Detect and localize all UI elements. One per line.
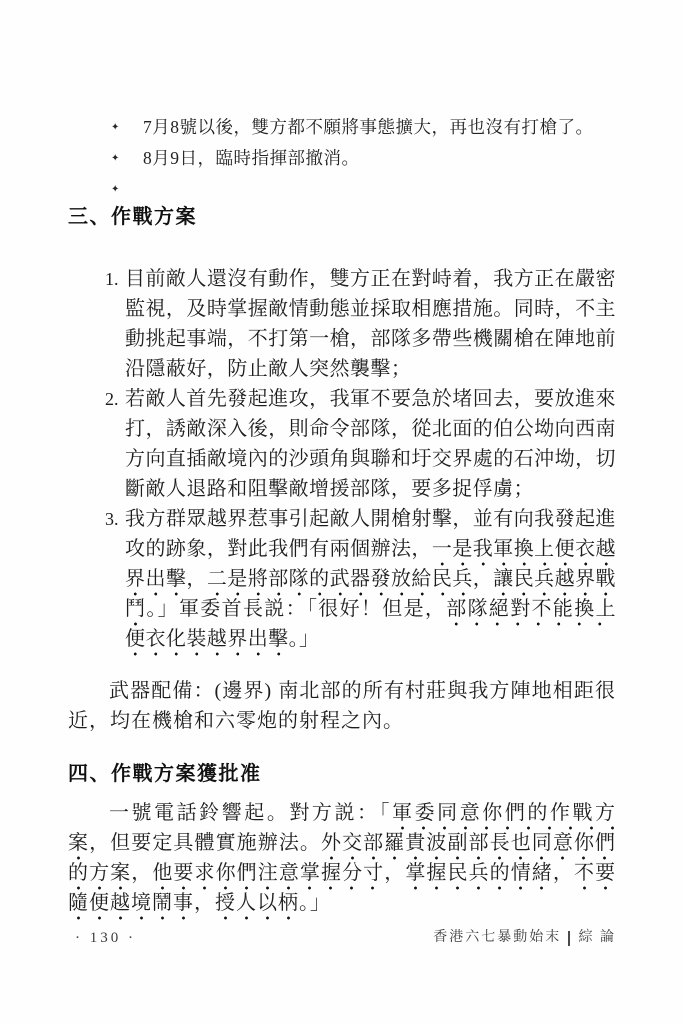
- plan-item-text: 我方群眾越界惹事引起敵人開槍射擊，並有向我發起進攻的跡象，對此我們有兩個辦法，一…: [125, 504, 616, 654]
- operation-plan-list: 1. 目前敵人還沒有動作，雙方正在對峙着，我方正在嚴密監視，及時掌握敵情動態並採…: [68, 264, 616, 654]
- diamond-bullet-icon: ✦: [108, 174, 143, 205]
- page-number: · 130 ·: [75, 929, 136, 947]
- plan-item-text: 目前敵人還沒有動作，雙方正在對峙着，我方正在嚴密監視，及時掌握敵情動態並採取相應…: [125, 264, 616, 384]
- bullet-item: ✦ 8月9日，臨時指揮部撤消。: [68, 143, 616, 174]
- emphasized-text-run: 二是將部隊的武器發放給民兵: [207, 568, 473, 597]
- text-run: ，: [473, 568, 493, 590]
- text-run: ，但要定具體實施辦法。: [89, 832, 321, 854]
- text-run: 。」軍委首長説：「很好！但是，: [146, 598, 446, 620]
- bullet-text: 8月9日，臨時指揮部撤消。: [143, 143, 616, 174]
- item-number: 2.: [105, 384, 119, 414]
- approval-paragraph: 一號電話鈴響起。對方説：「軍委同意你們的作戰方案，但要定具體實施辦法。外交部羅貴…: [68, 798, 616, 918]
- book-title: 香港六七暴動始末: [433, 929, 561, 947]
- bullet-item: ✦: [68, 174, 616, 205]
- page-content: ✦ 7月8號以後，雙方都不願將事態擴大，再也沒有打槍了。 ✦ 8月9日，臨時指揮…: [68, 0, 616, 918]
- text-run: ，: [131, 862, 152, 884]
- chapter-title: 綜 論: [579, 929, 617, 947]
- running-title: 香港六七暴動始末 綜 論: [433, 929, 616, 947]
- bullet-text: 7月8號以後，雙方都不願將事態擴大，再也沒有打槍了。: [143, 112, 616, 143]
- text-run: ，: [384, 862, 405, 884]
- weapons-note-paragraph: 武器配備：(邊界) 南北部的所有村莊與我方陣地相距很近，均在機槍和六零炮的射程之…: [68, 676, 616, 736]
- item-number: 3.: [105, 504, 119, 534]
- diamond-bullet-icon: ✦: [108, 112, 143, 143]
- section-heading-operation-plan: 三、作戰方案: [68, 206, 616, 228]
- text-run: 目前敵人還沒有動作，雙方正在對峙着，我方正在嚴密監視，及時掌握敵情動態並採取相應…: [125, 268, 616, 380]
- plan-item-2: 2. 若敵人首先發起進攻，我軍不要急於堵回去，要放進來打，誘敵深入後，則命令部隊…: [68, 384, 616, 504]
- bullet-item: ✦ 7月8號以後，雙方都不願將事態擴大，再也沒有打槍了。: [68, 112, 616, 143]
- text-run: ，: [186, 568, 206, 590]
- section-heading-plan-approved: 四、作戰方案獲批准: [68, 763, 616, 785]
- plan-item-3: 3. 我方群眾越界惹事引起敵人開槍射擊，並有向我發起進攻的跡象，對此我們有兩個辦…: [68, 504, 616, 654]
- plan-item-1: 1. 目前敵人還沒有動作，雙方正在對峙着，我方正在嚴密監視，及時掌握敵情動態並採…: [68, 264, 616, 384]
- text-run: 。」: [299, 892, 331, 914]
- emphasized-text-run: 他要求你們注意掌握分寸: [152, 862, 384, 891]
- bullet-list: ✦ 7月8號以後，雙方都不願將事態擴大，再也沒有打槍了。 ✦ 8月9日，臨時指揮…: [68, 112, 616, 205]
- emphasized-text-run: 授人以柄: [215, 892, 299, 921]
- plan-item-text: 若敵人首先發起進攻，我軍不要急於堵回去，要放進來打，誘敵深入後，則命令部隊，從北…: [125, 384, 616, 504]
- book-page: ✦ 7月8號以後，雙方都不願將事態擴大，再也沒有打槍了。 ✦ 8月9日，臨時指揮…: [0, 0, 683, 1024]
- text-run: 若敵人首先發起進攻，我軍不要急於堵回去，要放進來打，誘敵深入後，則命令部隊，從北…: [125, 388, 616, 500]
- item-number: 1.: [105, 264, 119, 294]
- text-run: ，: [553, 862, 574, 884]
- emphasized-text-run: 掌握民兵的情緒: [405, 862, 553, 891]
- text-run: ，: [194, 892, 215, 914]
- text-run: 一號電話鈴響起。對方説：「: [109, 802, 392, 824]
- footer-divider: [568, 931, 569, 946]
- bullet-text: [143, 174, 616, 205]
- diamond-bullet-icon: ✦: [108, 143, 143, 174]
- text-run: 。」: [289, 628, 320, 650]
- page-footer: · 130 · 香港六七暴動始末 綜 論: [75, 929, 616, 947]
